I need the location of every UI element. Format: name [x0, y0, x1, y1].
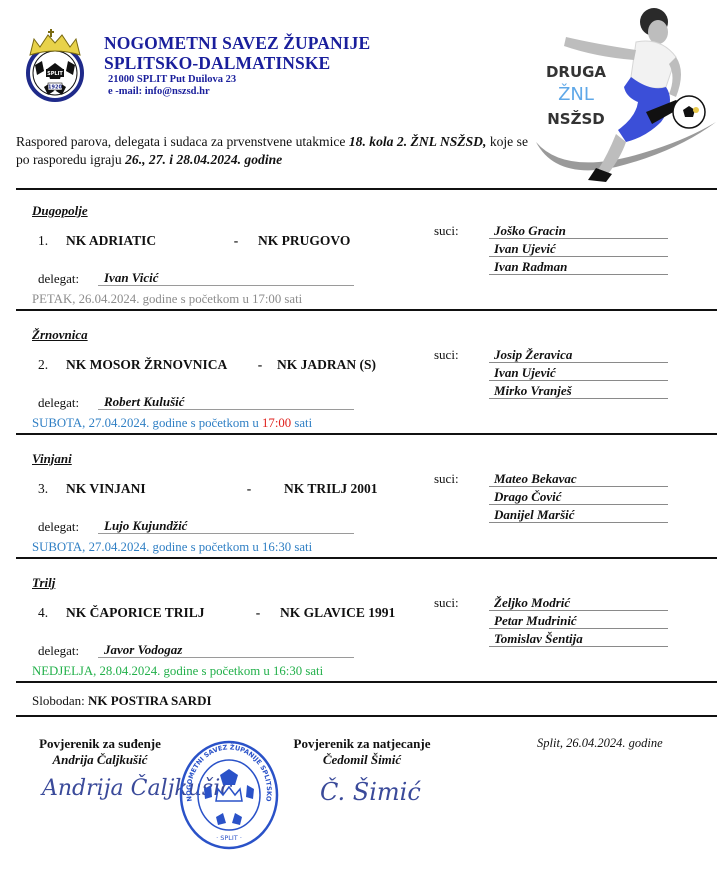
official-stamp: NOGOMETNI SAVEZ ŽUPANIJE SPLITSKO-DALMAT… — [178, 739, 280, 851]
divider — [16, 715, 717, 717]
match-pairing: 2.NK MOSOR ŽRNOVNICA-NK JADRAN (S) — [38, 357, 376, 373]
referee-3: Mirko Vranješ — [489, 382, 668, 399]
schedule-suffix: sati — [291, 540, 312, 554]
away-team: NK GLAVICE 1991 — [280, 605, 395, 620]
home-team: NK ČAPORICE TRILJ — [66, 605, 236, 621]
place-and-date: Split, 26.04.2024. godine — [537, 736, 663, 751]
intro-text-a: Raspored parova, delegata i sudaca za pr… — [16, 134, 349, 149]
divider — [16, 188, 717, 190]
referees-label: suci: — [434, 595, 459, 611]
competition-commissioner-signature: Č. Šimić — [320, 778, 421, 806]
delegate-name: Javor Vodogaz — [98, 641, 354, 658]
league-logo-line1: DRUGA — [546, 63, 606, 81]
bye-team-name: NK POSTIRA SARDI — [88, 693, 212, 708]
referee-2: Ivan Ujević — [489, 364, 668, 381]
match-schedule: SUBOTA, 27.04.2024. godine s početkom u … — [32, 540, 312, 555]
match-venue: Žrnovnica — [32, 327, 88, 343]
league-logo: DRUGA ŽNL NSŽSD — [526, 2, 722, 182]
referee-3: Tomislav Šentija — [489, 630, 668, 647]
schedule-date: SUBOTA, 27.04.2024. godine s početkom u — [32, 416, 262, 430]
referees-label: suci: — [434, 223, 459, 239]
home-team: NK ADRIATIC — [66, 233, 214, 249]
schedule-time: 16:30 — [262, 540, 291, 554]
match-number: 2. — [38, 357, 66, 373]
away-team: NK PRUGOVO — [258, 233, 350, 248]
bye-label: Slobodan: — [32, 693, 85, 708]
referees-label: suci: — [434, 347, 459, 363]
referee-1: Joško Gracin — [489, 222, 668, 239]
match-venue: Trilj — [32, 575, 55, 591]
org-email: e -mail: info@nszsd.hr — [108, 86, 236, 98]
match-schedule: PETAK, 26.04.2024. godine s početkom u 1… — [32, 292, 302, 307]
versus-dash: - — [214, 481, 284, 497]
match-schedule: SUBOTA, 27.04.2024. godine s početkom u … — [32, 416, 312, 431]
org-address: 21000 SPLIT Put Duilova 23 — [108, 74, 236, 86]
match-pairing: 1.NK ADRIATIC-NK PRUGOVO — [38, 233, 350, 249]
schedule-time: 17:00 — [262, 416, 291, 430]
intro-dates: 26., 27. i 28.04.2024. godine — [125, 152, 282, 167]
schedule-date: NEDJELJA, 28.04.2024. godine s početkom … — [32, 664, 273, 678]
divider — [16, 309, 717, 311]
match-venue: Vinjani — [32, 451, 72, 467]
delegate-name: Robert Kulušić — [98, 393, 354, 410]
schedule-time: 17:00 — [252, 292, 281, 306]
referee-2: Ivan Ujević — [489, 240, 668, 257]
bye-team: Slobodan: NK POSTIRA SARDI — [32, 693, 212, 709]
competition-commissioner-title: Povjerenik za natjecanje — [272, 736, 452, 752]
match-pairing: 4.NK ČAPORICE TRILJ-NK GLAVICE 1991 — [38, 605, 395, 621]
referee-2: Drago Čović — [489, 488, 668, 505]
away-team: NK JADRAN (S) — [277, 357, 376, 372]
league-logo-line2: ŽNL — [558, 83, 594, 105]
intro-round: 18. kola 2. ŽNL NSŽSD, — [349, 134, 487, 149]
match-number: 3. — [38, 481, 66, 497]
schedule-date: PETAK, 26.04.2024. godine s početkom u — [32, 292, 252, 306]
match-schedule: NEDJELJA, 28.04.2024. godine s početkom … — [32, 664, 323, 679]
divider — [16, 681, 717, 683]
versus-dash: - — [236, 605, 280, 621]
match-pairing: 3.NK VINJANI-NK TRILJ 2001 — [38, 481, 378, 497]
referee-1: Željko Modrić — [489, 594, 668, 611]
referees-label: suci: — [434, 471, 459, 487]
schedule-suffix: sati — [281, 292, 302, 306]
schedule-suffix: sati — [302, 664, 323, 678]
schedule-suffix: sati — [291, 416, 312, 430]
org-name-line2: SPLITSKO-DALMATINSKE — [104, 53, 370, 73]
delegate-label: delegat: — [38, 643, 79, 659]
referee-3: Ivan Radman — [489, 258, 668, 275]
home-team: NK VINJANI — [66, 481, 214, 497]
delegate-label: delegat: — [38, 271, 79, 287]
match-number: 4. — [38, 605, 66, 621]
intro-paragraph: Raspored parova, delegata i sudaca za pr… — [16, 133, 528, 169]
home-team: NK MOSOR ŽRNOVNICA — [66, 357, 243, 373]
versus-dash: - — [214, 233, 258, 249]
referee-1: Josip Žeravica — [489, 346, 668, 363]
logo-split-text: SPLIT — [47, 71, 63, 77]
schedule-time: 16:30 — [273, 664, 302, 678]
org-name-line1: NOGOMETNI SAVEZ ŽUPANIJE — [104, 33, 370, 53]
stamp-bottom-text: · SPLIT · — [216, 834, 242, 842]
league-logo-line3: NSŽSD — [547, 109, 605, 128]
organization-name: NOGOMETNI SAVEZ ŽUPANIJE SPLITSKO-DALMAT… — [104, 33, 370, 73]
schedule-date: SUBOTA, 27.04.2024. godine s početkom u — [32, 540, 262, 554]
nszsd-logo: SPLIT 1920 — [20, 25, 90, 103]
delegate-name: Ivan Vicić — [98, 269, 354, 286]
match-number: 1. — [38, 233, 66, 249]
divider — [16, 557, 717, 559]
match-venue: Dugopolje — [32, 203, 88, 219]
delegate-name: Lujo Kujundžić — [98, 517, 354, 534]
delegate-label: delegat: — [38, 395, 79, 411]
referee-1: Mateo Bekavac — [489, 470, 668, 487]
delegate-label: delegat: — [38, 519, 79, 535]
organization-contact: 21000 SPLIT Put Duilova 23 e -mail: info… — [108, 74, 236, 98]
divider — [16, 433, 717, 435]
away-team: NK TRILJ 2001 — [284, 481, 378, 496]
competition-commissioner-name: Čedomil Šimić — [272, 752, 452, 768]
referee-3: Danijel Maršić — [489, 506, 668, 523]
referee-2: Petar Mudrinić — [489, 612, 668, 629]
versus-dash: - — [243, 357, 277, 373]
referee-commissioner-title: Povjerenik za suđenje — [30, 736, 170, 752]
referee-commissioner-name: Andrija Čaljkušić — [30, 752, 170, 768]
logo-year-text: 1920 — [48, 85, 62, 91]
